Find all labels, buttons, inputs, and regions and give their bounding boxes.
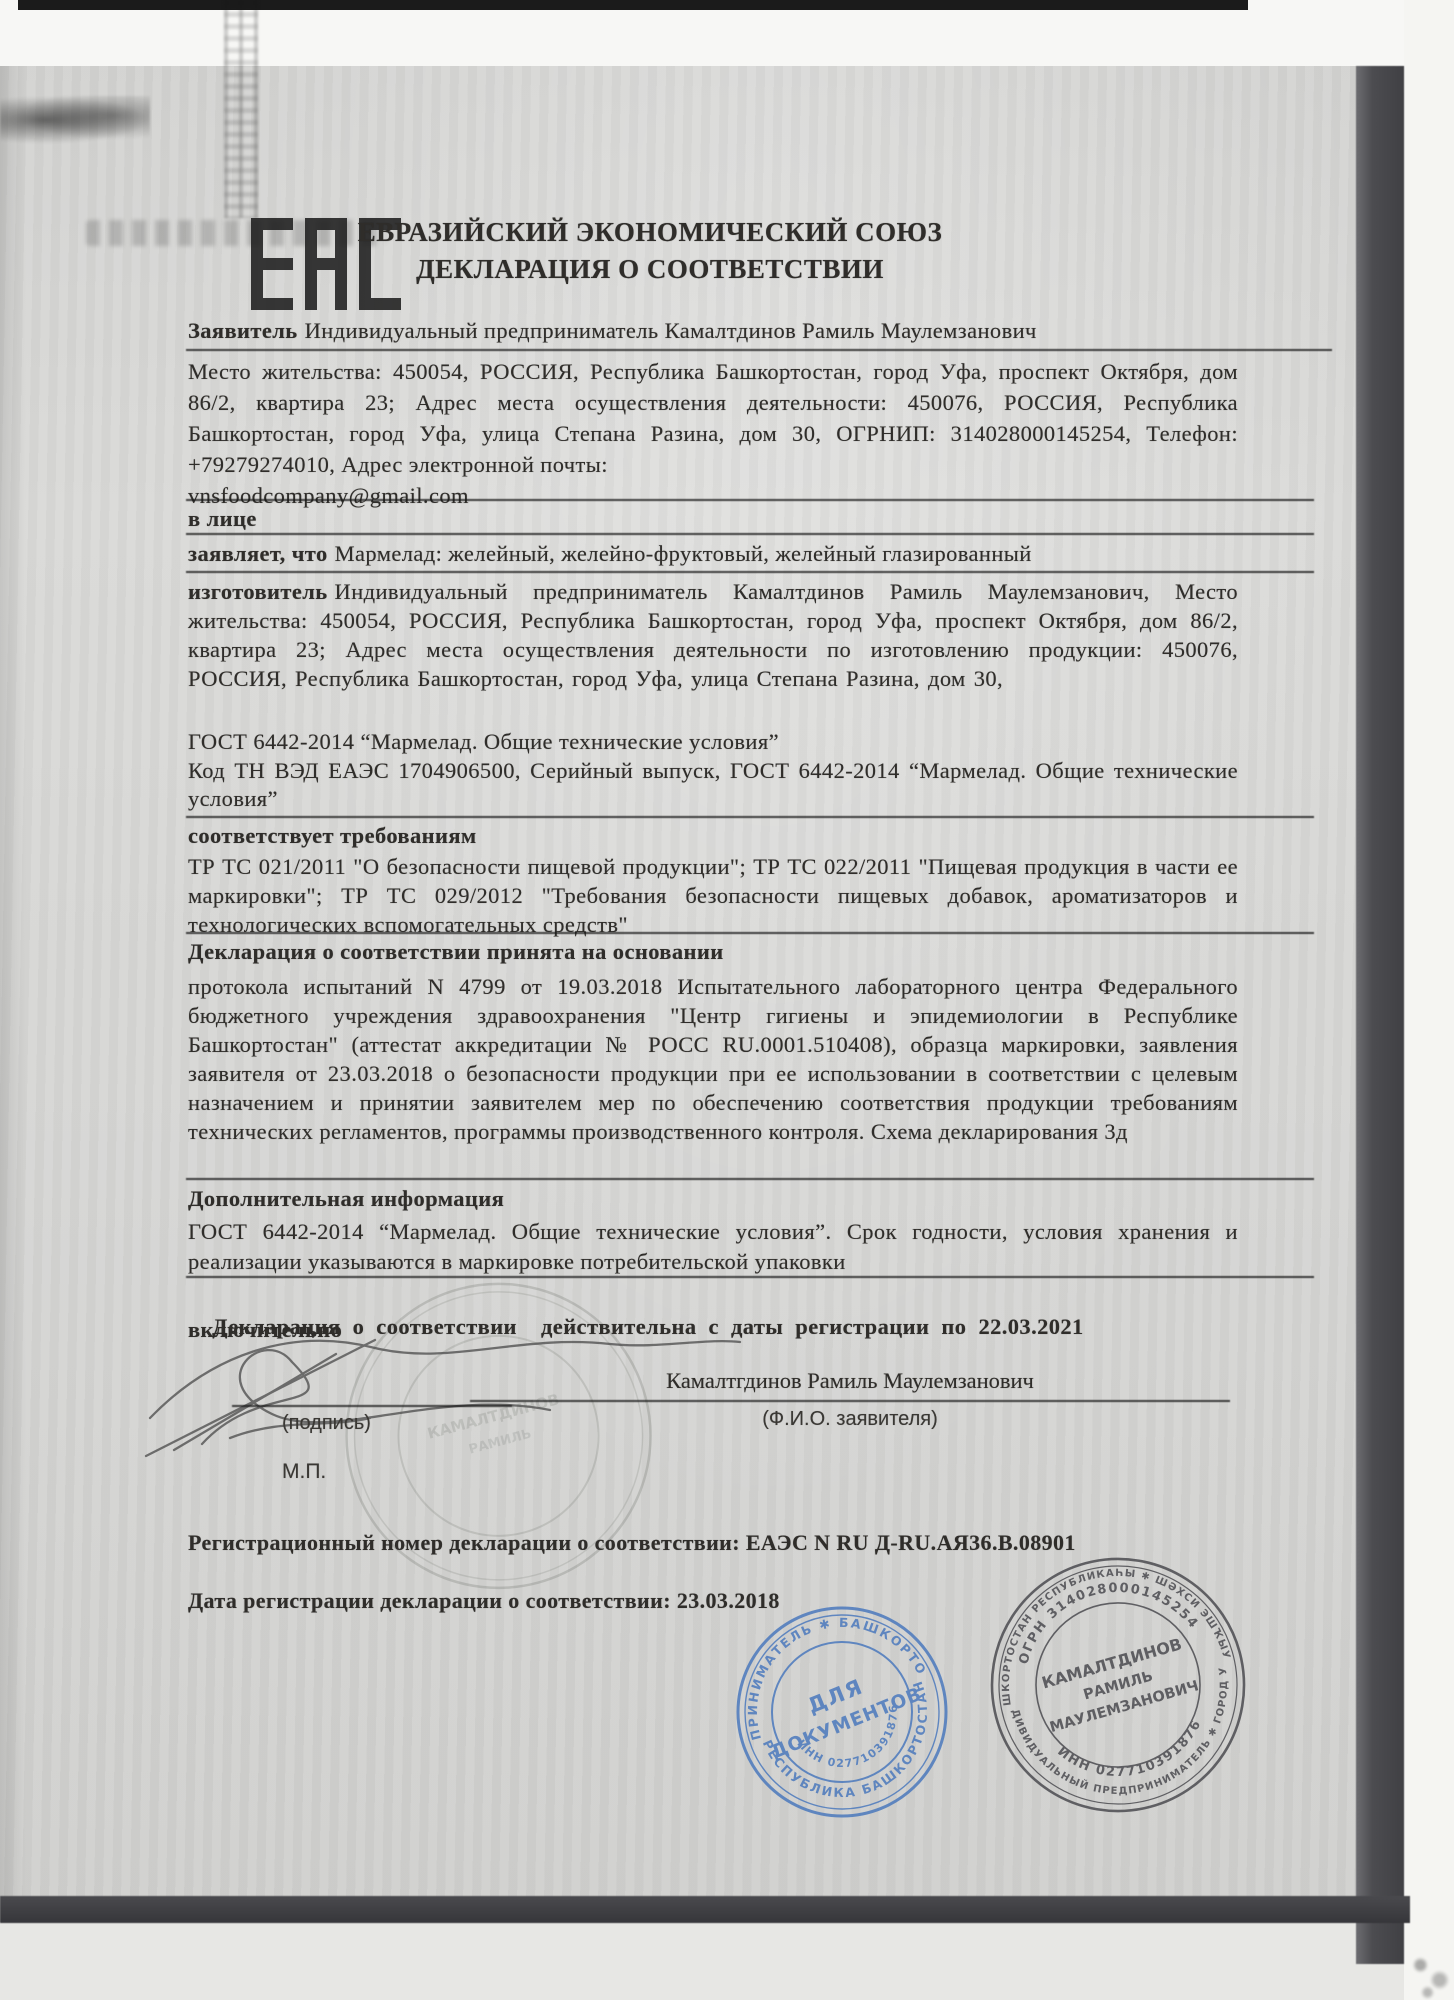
declares-row: заявляет, чтоМармелад: желейный, желейно… bbox=[188, 539, 1313, 568]
signature-caption: (подпись) bbox=[282, 1412, 371, 1435]
signature-caption-text: (подпись) bbox=[282, 1412, 371, 1434]
divider bbox=[186, 816, 1314, 818]
applicant-label: Заявитель bbox=[188, 318, 298, 343]
black-round-stamp: БАШКОРТОСТАН РЕСПУБЛИКАҺЫ ✱ ШӘХСИ ЭШҠЫУА… bbox=[958, 1525, 1278, 1845]
document-title: ЕВРАЗИЙСКИЙ ЭКОНОМИЧЕСКИЙ СОЮЗ ДЕКЛАРАЦИ… bbox=[330, 214, 970, 288]
scan-right-dark-band bbox=[1356, 66, 1404, 1964]
stamp-place-mark: М.П. bbox=[282, 1460, 326, 1484]
title-declaration: ДЕКЛАРАЦИЯ О СООТВЕТСТВИИ bbox=[330, 251, 970, 288]
tnved-paragraph: Код ТН ВЭД ЕАЭС 1704906500, Серийный вып… bbox=[188, 757, 1238, 813]
basis-header: Декларация о соответствии принята на осн… bbox=[188, 937, 1238, 966]
gost-text: ГОСТ 6442-2014 “Мармелад. Общие техничес… bbox=[188, 729, 779, 754]
basis-text: протокола испытаний N 4799 от 19.03.2018… bbox=[188, 974, 1238, 1144]
divider bbox=[186, 533, 1314, 535]
scan-top-black-bar bbox=[18, 0, 1248, 10]
additional-paragraph: ГОСТ 6442-2014 “Мармелад. Общие техничес… bbox=[188, 1217, 1238, 1277]
in-person-label: в лице bbox=[188, 506, 257, 531]
complies-paragraph: ТР ТС 021/2011 "О безопасности пищевой п… bbox=[188, 852, 1238, 939]
fio-caption-text: (Ф.И.О. заявителя) bbox=[762, 1408, 938, 1430]
declares-value: Мармелад: желейный, желейно-фруктовый, ж… bbox=[335, 541, 1032, 566]
paper-bottom-strip bbox=[0, 1922, 1404, 2000]
signature-line bbox=[232, 1405, 512, 1407]
divider bbox=[186, 1178, 1314, 1180]
residence-paragraph: Место жительства: 450054, РОССИЯ, Респуб… bbox=[188, 356, 1238, 511]
applicant-value: Индивидуальный предприниматель Камалтдин… bbox=[305, 318, 1037, 343]
complies-text: ТР ТС 021/2011 "О безопасности пищевой п… bbox=[188, 854, 1238, 937]
divider bbox=[186, 499, 1314, 501]
basis-paragraph: протокола испытаний N 4799 от 19.03.2018… bbox=[188, 972, 1238, 1146]
fio-name: Камалтгдинов Рамиль Маулемзанович bbox=[470, 1368, 1230, 1394]
additional-label: Дополнительная информация bbox=[188, 1186, 504, 1211]
in-person-row: в лице bbox=[188, 504, 1238, 533]
additional-header: Дополнительная информация bbox=[188, 1184, 1238, 1213]
scanned-declaration-page: КАМАЛТДИНОВ РАМИЛЬ ЕВРАЗИЙСКИЙ ЭКОНОМИЧЕ… bbox=[0, 0, 1454, 2000]
scan-right-margin bbox=[1404, 0, 1454, 2000]
registration-number-text: Регистрационный номер декларации о соотв… bbox=[188, 1530, 1076, 1555]
declares-label: заявляет, что bbox=[188, 541, 328, 566]
residence-text: Место жительства: 450054, РОССИЯ, Респуб… bbox=[188, 359, 1238, 477]
fio-caption: (Ф.И.О. заявителя) bbox=[470, 1408, 1230, 1431]
complies-header: соответствует требованиям bbox=[188, 821, 1238, 850]
stamp-place-text: М.П. bbox=[282, 1460, 326, 1483]
fio-name-text: Камалтгдинов Рамиль Маулемзанович bbox=[666, 1368, 1034, 1393]
registration-date-text: Дата регистрации декларации о соответств… bbox=[188, 1588, 780, 1613]
additional-text: ГОСТ 6442-2014 “Мармелад. Общие техничес… bbox=[188, 1219, 1238, 1274]
scan-bottom-dark-band bbox=[0, 1896, 1410, 1923]
manufacturer-value: Индивидуальный предприниматель Камалтдин… bbox=[188, 579, 1238, 691]
fio-line bbox=[470, 1400, 1230, 1402]
divider bbox=[186, 571, 1314, 573]
manufacturer-paragraph: изготовительИндивидуальный предпринимате… bbox=[188, 577, 1238, 693]
divider bbox=[186, 349, 1332, 351]
gost-line: ГОСТ 6442-2014 “Мармелад. Общие техничес… bbox=[188, 727, 1313, 756]
title-union: ЕВРАЗИЙСКИЙ ЭКОНОМИЧЕСКИЙ СОЮЗ bbox=[330, 214, 970, 251]
divider bbox=[186, 1276, 1314, 1278]
tnved-text: Код ТН ВЭД ЕАЭС 1704906500, Серийный вып… bbox=[188, 758, 1238, 811]
manufacturer-label: изготовитель bbox=[188, 579, 328, 604]
divider bbox=[186, 932, 1314, 934]
basis-label: Декларация о соответствии принята на осн… bbox=[188, 939, 724, 964]
complies-label: соответствует требованиям bbox=[188, 823, 477, 848]
applicant-row: ЗаявительИндивидуальный предприниматель … bbox=[188, 316, 1313, 345]
